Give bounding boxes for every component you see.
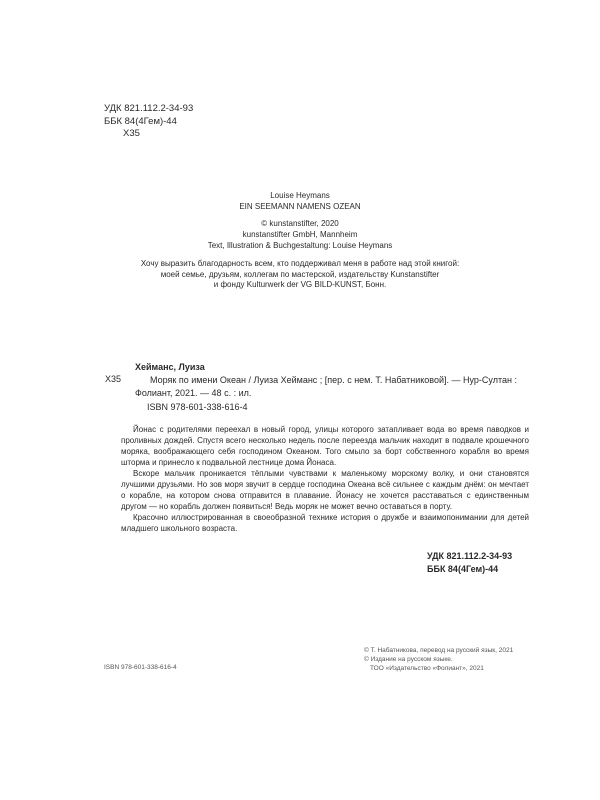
bbk-code: ББК 84(4Гем)-44: [427, 563, 512, 576]
description-line: Моряк по имени Океан / Луиза Хейманс ; […: [135, 374, 535, 387]
acknowledgements: Хочу выразить благодарность всем, кто по…: [0, 259, 600, 291]
classification-top: УДК 821.112.2-34-93 ББК 84(4Гем)-44 Х35: [104, 103, 193, 141]
original-edition-title: Louise Heymans EIN SEEMANN NAMENS OZEAN: [0, 190, 600, 212]
acknowledgement-line: и фонду Kulturwerk der VG BILD-KUNST, Бо…: [0, 280, 600, 291]
copyright-line: © kunstanstifter, 2020: [0, 218, 600, 229]
catalog-description: Моряк по имени Океан / Луиза Хейманс ; […: [135, 374, 535, 400]
udk-code: УДК 821.112.2-34-93: [427, 550, 512, 563]
original-author: Louise Heymans: [0, 190, 600, 201]
author-mark: Х35: [104, 128, 193, 141]
description-line: Фолиант, 2021. — 48 с. : ил.: [135, 387, 535, 400]
udk-code: УДК 821.112.2-34-93: [104, 103, 193, 116]
annotation: Йонас с родителями переехал в новый горо…: [121, 424, 529, 534]
footer-isbn: ISBN 978-601-338-616-4: [104, 664, 177, 671]
credits-line: Text, Illustration & Buchgestaltung: Lou…: [0, 240, 600, 251]
original-copyright: © kunstanstifter, 2020 kunstanstifter Gm…: [0, 218, 600, 251]
original-title: EIN SEEMANN NAMENS OZEAN: [0, 201, 600, 212]
acknowledgement-line: моей семье, друзьям, коллегам по мастерс…: [0, 270, 600, 281]
annotation-paragraph: Вскоре мальчик проникается тёплыми чувст…: [121, 468, 529, 512]
rights-line: ТОО «Издательство «Фолиант», 2021: [364, 664, 513, 673]
bbk-code: ББК 84(4Гем)-44: [104, 116, 193, 129]
annotation-paragraph: Красочно иллюстрированная в своеобразной…: [121, 512, 529, 534]
rights-line: © Т. Набатникова, перевод на русский язы…: [364, 646, 513, 655]
publisher-line: kunstanstifter GmbH, Mannheim: [0, 229, 600, 240]
footer-rights: © Т. Набатникова, перевод на русский язы…: [364, 646, 513, 673]
acknowledgement-line: Хочу выразить благодарность всем, кто по…: [0, 259, 600, 270]
annotation-paragraph: Йонас с родителями переехал в новый горо…: [121, 424, 529, 468]
catalog-isbn: ISBN 978-601-338-616-4: [147, 402, 248, 412]
classification-bottom: УДК 821.112.2-34-93 ББК 84(4Гем)-44: [427, 550, 512, 575]
catalog-author-heading: Хейманс, Луиза: [135, 362, 205, 372]
catalog-author-mark: Х35: [105, 374, 121, 384]
rights-line: © Издание на русском языке.: [364, 655, 513, 664]
